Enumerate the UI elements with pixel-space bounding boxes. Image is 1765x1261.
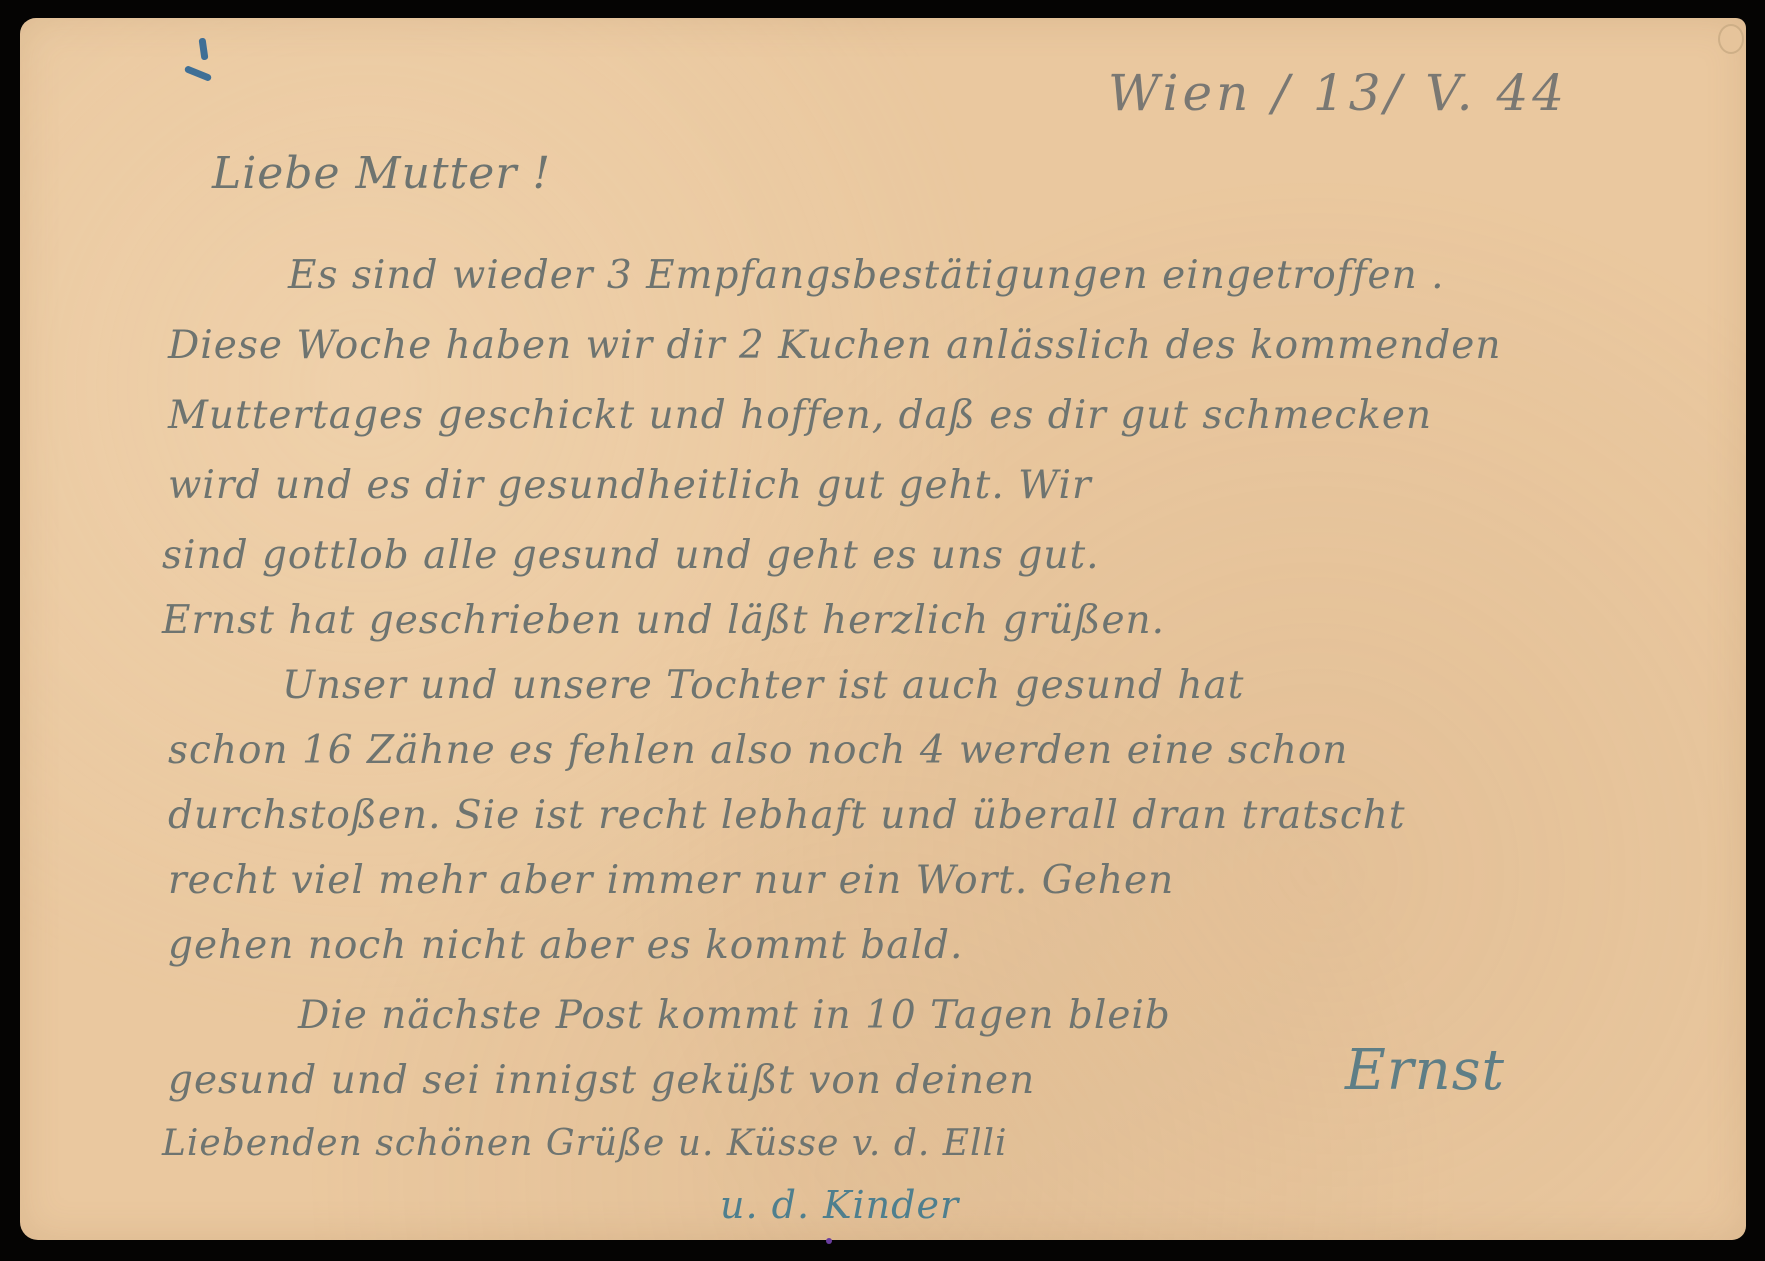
body-line: schon 16 Zähne es fehlen also noch 4 wer… bbox=[168, 728, 1348, 773]
body-line: Liebenden schönen Grüße u. Küsse v. d. E… bbox=[162, 1123, 1008, 1164]
body-line: Ernst hat geschrieben und läßt herzlich … bbox=[162, 598, 1165, 643]
body-line: Es sind wieder 3 Empfangsbestätigungen e… bbox=[288, 253, 1445, 298]
signature: Ernst bbox=[1345, 1038, 1505, 1103]
body-line: Unser und unsere Tochter ist auch gesund… bbox=[282, 663, 1244, 708]
body-line: gesund und sei innigst geküßt von deinen bbox=[168, 1058, 1035, 1103]
ink-blot bbox=[184, 65, 213, 82]
body-line: Muttertages geschickt und hoffen, daß es… bbox=[168, 393, 1432, 438]
postcard: Wien / 13/ V. 44 Liebe Mutter ! Es sind … bbox=[20, 18, 1746, 1240]
postscript: u. d. Kinder bbox=[720, 1183, 959, 1227]
body-line: gehen noch nicht aber es kommt bald. bbox=[168, 923, 963, 968]
body-line: sind gottlob alle gesund und geht es uns… bbox=[162, 533, 1100, 578]
corner-hole-mark bbox=[1718, 24, 1744, 54]
body-line: Diese Woche haben wir dir 2 Kuchen anläs… bbox=[168, 323, 1501, 368]
body-line: wird und es dir gesundheitlich gut geht.… bbox=[168, 463, 1092, 508]
place-date: Wien / 13/ V. 44 bbox=[1108, 64, 1568, 122]
salutation: Liebe Mutter ! bbox=[212, 148, 551, 199]
ink-blot bbox=[199, 38, 209, 61]
purple-ink-dot bbox=[826, 1238, 832, 1244]
body-line: durchstoßen. Sie ist recht lebhaft und ü… bbox=[168, 793, 1406, 838]
body-line: Die nächste Post kommt in 10 Tagen bleib bbox=[298, 993, 1171, 1038]
body-line: recht viel mehr aber immer nur ein Wort.… bbox=[168, 858, 1174, 903]
